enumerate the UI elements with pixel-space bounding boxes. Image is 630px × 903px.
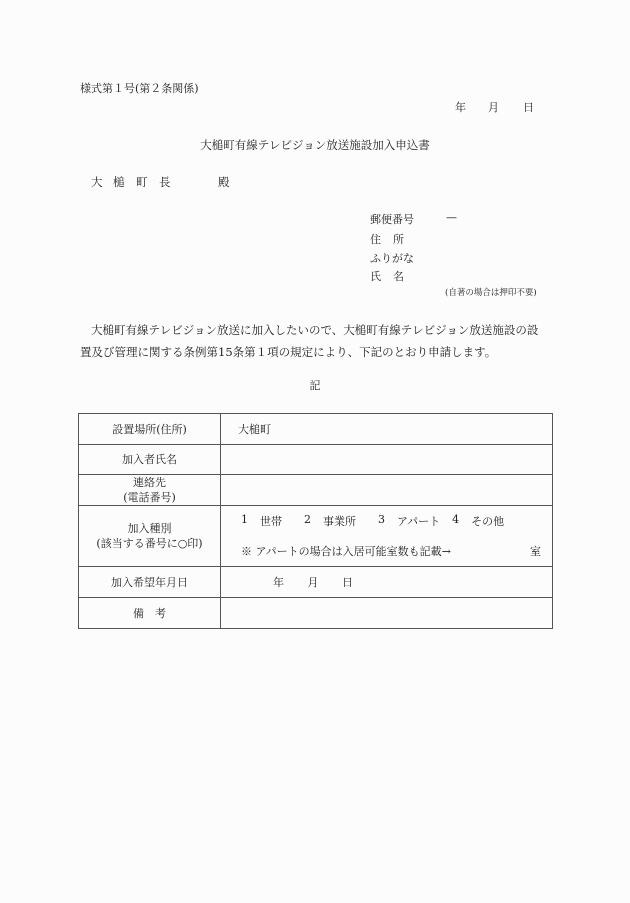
honorific: 殿 bbox=[218, 174, 230, 190]
subscription-type-label: 加入種別 (該当する番号に○印) bbox=[79, 506, 221, 567]
table-row-location: 設置場所(住所) 大槌町 bbox=[79, 414, 553, 445]
addressee-char: 長 bbox=[159, 174, 171, 190]
form-number: 様式第１号(第２条関係) bbox=[80, 80, 199, 96]
application-table: 設置場所(住所) 大槌町 加入者氏名 連絡先 (電話番号) 加入種別 (該当する… bbox=[78, 413, 553, 629]
option-1-num[interactable]: 1 bbox=[241, 513, 248, 529]
address-label-1: 住 bbox=[370, 231, 381, 247]
desired-date-label: 加入希望年月日 bbox=[79, 567, 221, 598]
apartment-note-text: ※ アパートの場合は入居可能室数も記載→ bbox=[241, 545, 451, 558]
option-1-label[interactable]: 世帯 bbox=[260, 513, 282, 529]
subscription-type-options: 1 世帯 2 事業所 3 アパート 4 その他 ※ アパートの場合は入居可能室数… bbox=[221, 506, 553, 567]
option-4-num[interactable]: 4 bbox=[452, 513, 459, 529]
contact-label-line2: (電話番号) bbox=[79, 490, 220, 505]
date-year-label: 年 bbox=[455, 99, 466, 115]
option-3-label[interactable]: アパート bbox=[397, 513, 440, 529]
location-label: 設置場所(住所) bbox=[79, 414, 221, 445]
table-row-contact: 連絡先 (電話番号) bbox=[79, 475, 553, 506]
date-day-label: 日 bbox=[523, 99, 534, 115]
room-unit: 室 bbox=[530, 543, 541, 559]
name-label-1: 氏 bbox=[370, 268, 381, 284]
option-4-label[interactable]: その他 bbox=[471, 513, 504, 529]
apartment-note: ※ アパートの場合は入居可能室数も記載→ 室 bbox=[241, 543, 541, 559]
desired-date-year: 年 bbox=[273, 576, 284, 589]
address-label-2: 所 bbox=[393, 231, 404, 247]
remarks-field[interactable] bbox=[221, 598, 553, 629]
body-line-2: 置及び管理に関する条例第15条第１項の規定により、下記のとおり申請します。 bbox=[80, 345, 496, 359]
subscription-type-label-line2: (該当する番号に○印) bbox=[79, 536, 220, 551]
contact-label: 連絡先 (電話番号) bbox=[79, 475, 221, 506]
postal-code-label: 郵便番号 bbox=[370, 211, 414, 227]
desired-date-day: 日 bbox=[342, 576, 353, 589]
table-row-desired-date: 加入希望年月日 年 月 日 bbox=[79, 567, 553, 598]
body-paragraph: 大槌町有線テレビジョン放送に加入したいので、大槌町有線テレビジョン放送施設の設 … bbox=[80, 319, 560, 363]
location-value[interactable]: 大槌町 bbox=[221, 414, 553, 445]
desired-date-month: 月 bbox=[308, 576, 319, 589]
ki-heading: 記 bbox=[0, 377, 630, 393]
name-label-2: 名 bbox=[393, 268, 404, 284]
seal-note: (自著の場合は押印不要) bbox=[445, 286, 537, 298]
furigana-label: ふりがな bbox=[370, 250, 414, 266]
subscription-type-label-line1: 加入種別 bbox=[79, 521, 220, 536]
remarks-label: 備 考 bbox=[79, 598, 221, 629]
table-row-remarks: 備 考 bbox=[79, 598, 553, 629]
table-row-subscription-type: 加入種別 (該当する番号に○印) 1 世帯 2 事業所 3 アパート 4 その他… bbox=[79, 506, 553, 567]
option-3-num[interactable]: 3 bbox=[378, 513, 385, 529]
addressee-char: 大 bbox=[91, 174, 103, 190]
addressee-char: 町 bbox=[136, 174, 148, 190]
addressee-char: 槌 bbox=[113, 174, 125, 190]
subscriber-name-field[interactable] bbox=[221, 445, 553, 475]
contact-label-line1: 連絡先 bbox=[79, 475, 220, 490]
body-line-1: 大槌町有線テレビジョン放送に加入したいので、大槌町有線テレビジョン放送施設の設 bbox=[91, 323, 538, 337]
date-month-label: 月 bbox=[488, 99, 499, 115]
postal-code-dash: — bbox=[446, 211, 457, 224]
option-2-num[interactable]: 2 bbox=[304, 513, 311, 529]
option-2-label[interactable]: 事業所 bbox=[323, 513, 356, 529]
subscriber-name-label: 加入者氏名 bbox=[79, 445, 221, 475]
table-row-subscriber-name: 加入者氏名 bbox=[79, 445, 553, 475]
contact-field[interactable] bbox=[221, 475, 553, 506]
document-title: 大槌町有線テレビジョン放送施設加入申込書 bbox=[0, 137, 630, 153]
desired-date-field[interactable]: 年 月 日 bbox=[221, 567, 553, 598]
